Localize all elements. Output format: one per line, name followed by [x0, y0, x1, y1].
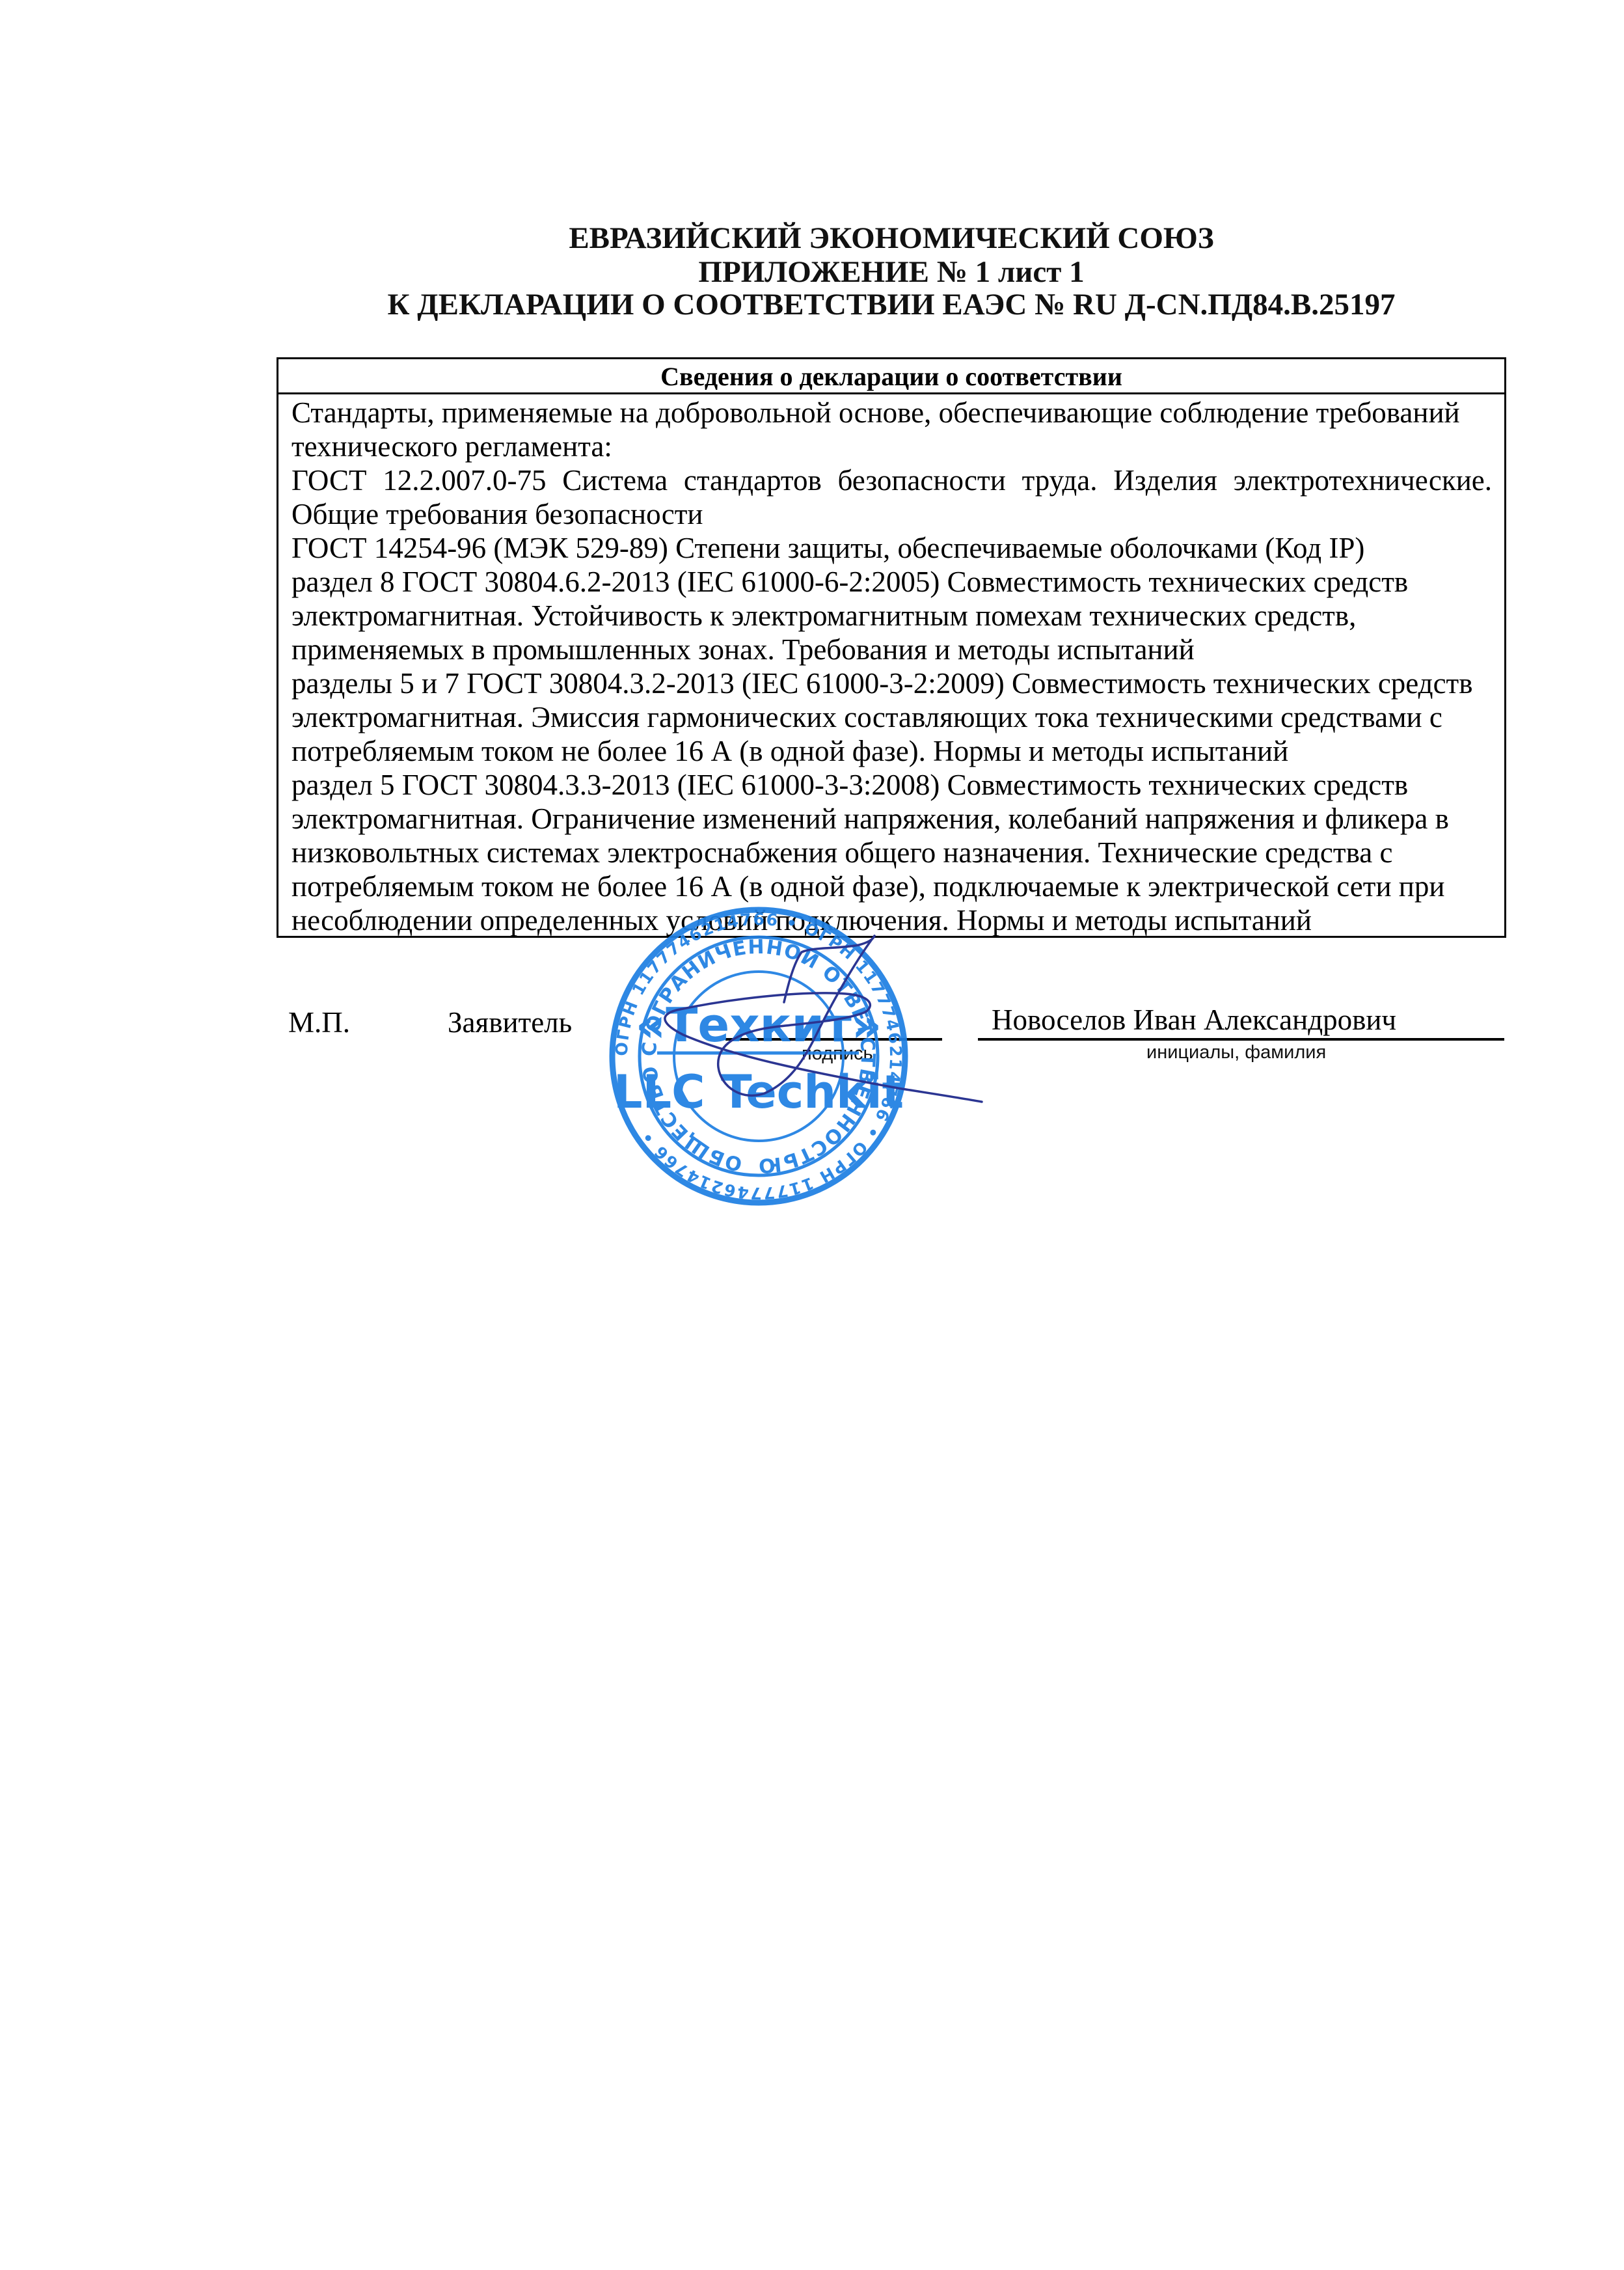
appendix-title: ПРИЛОЖЕНИЕ № 1 лист 1	[278, 255, 1505, 289]
standards-line: раздел 5 ГОСТ 30804.3.3-2013 (IEC 61000-…	[291, 768, 1492, 802]
standards-line: электромагнитная. Эмиссия гармонических …	[291, 700, 1492, 734]
handwritten-signature	[665, 936, 982, 1102]
standards-line: несоблюдении определенных условий подклю…	[291, 903, 1492, 937]
union-title: ЕВРАЗИЙСКИЙ ЭКОНОМИЧЕСКИЙ СОЮЗ	[278, 221, 1505, 255]
stamp-center-name-en: LLC Techkit	[614, 1065, 904, 1119]
standards-line: раздел 8 ГОСТ 30804.6.2-2013 (IEC 61000-…	[291, 565, 1492, 599]
standards-line: применяемых в промышленных зонах. Требов…	[291, 633, 1492, 666]
declaration-info-table: Сведения о декларации о соответствии Ста…	[277, 357, 1506, 938]
standards-text: Стандарты, применяемые на добровольной о…	[291, 396, 1492, 937]
name-caption: инициалы, фамилия	[1146, 1041, 1326, 1063]
standards-line: ГОСТ 14254-96 (МЭК 529-89) Степени защит…	[291, 531, 1492, 565]
standards-line: разделы 5 и 7 ГОСТ 30804.3.2-2013 (IEC 6…	[291, 666, 1492, 700]
signer-name: Новоселов Иван Александрович	[992, 1003, 1396, 1037]
signature-line	[725, 1038, 942, 1041]
standards-line: технического регламента:	[291, 430, 1492, 463]
table-header: Сведения о декларации о соответствии	[278, 359, 1504, 394]
name-line	[978, 1038, 1504, 1041]
standards-line: потребляемым током не более 16 А (в одно…	[291, 734, 1492, 768]
standards-line: ГОСТ 12.2.007.0-75 Система стандартов бе…	[291, 463, 1492, 497]
standards-line: низковольтных системах электроснабжения …	[291, 836, 1492, 869]
applicant-label: Заявитель	[448, 1005, 572, 1039]
stamp-overlay: ОГРН 1177746214766 • ОГРН 1177746214766 …	[0, 0, 1624, 2270]
standards-line: электромагнитная. Ограничение изменений …	[291, 802, 1492, 836]
standards-line: Стандарты, применяемые на добровольной о…	[291, 396, 1492, 430]
seal-label: М.П.	[288, 1005, 350, 1039]
standards-line: электромагнитная. Устойчивость к электро…	[291, 599, 1492, 633]
signature-caption: подпись	[802, 1043, 873, 1065]
declaration-number-title: К ДЕКЛАРАЦИИ О СООТВЕТСТВИИ ЕАЭС № RU Д-…	[278, 288, 1505, 321]
standards-line: потребляемым током не более 16 А (в одно…	[291, 869, 1492, 903]
standards-line: Общие требования безопасности	[291, 497, 1492, 531]
